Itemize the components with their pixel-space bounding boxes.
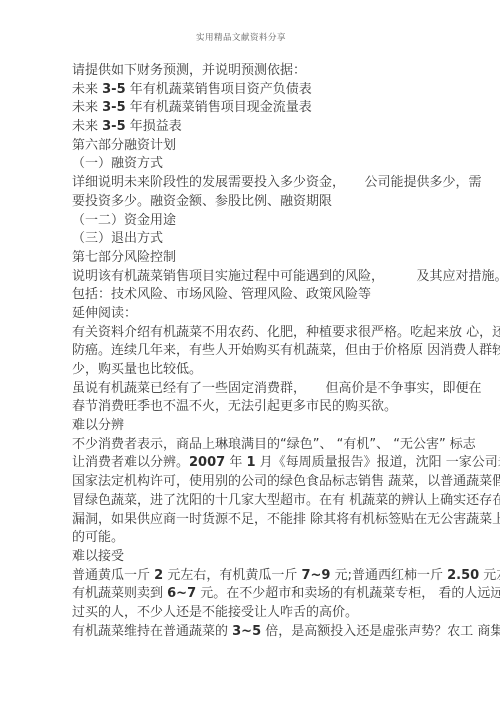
text-line: 的可能。 bbox=[72, 529, 464, 548]
text-line: 说明该有机蔬菜销售项目实施过程中可能遇到的风险， 及其应对措施。 bbox=[72, 268, 464, 287]
text-line: 不少消费者表示，商品上琳琅满目的“绿色”、 “有机”、 “无公害” 标志 bbox=[72, 436, 464, 455]
text-line: 难以接受 bbox=[72, 548, 464, 567]
document-body: 请提供如下财务预测，并说明预测依据：未来 3-5 年有机蔬菜销售项目资产负债表未… bbox=[72, 62, 464, 641]
text-line: （一）融资方式 bbox=[72, 155, 464, 174]
text-line: 第六部分融资计划 bbox=[72, 137, 464, 156]
text-line: 防癌。连续几年来，有些人开始购买有机蔬菜，但由于价格原 因消费人群较 bbox=[72, 342, 464, 361]
text-line: 详细说明未来阶段性的发展需要投入多少资金， 公司能提供多少，需 bbox=[72, 174, 464, 193]
text-line: 未来 3-5 年有机蔬菜销售项目资产负债表 bbox=[72, 81, 464, 100]
text-line: 要投资多少。融资金额、参股比例、融资期限 bbox=[72, 193, 464, 212]
text-line: 春节消费旺季也不温不火，无法引起更多市民的购买欲。 bbox=[72, 398, 464, 417]
text-line: 冒绿色蔬菜，进了沈阳的十几家大型超市。在有 机蔬菜的辨认上确实还存在 bbox=[72, 492, 464, 511]
text-line: 有机蔬菜维持在普通蔬菜的 3~5 倍，是高额投入还是虚张声势？农工 商集团 bbox=[72, 623, 464, 642]
text-line: （一二）资金用途 bbox=[72, 212, 464, 231]
text-line: 延伸阅读： bbox=[72, 305, 464, 324]
text-line: 国家法定机构许可，使用别的公司的绿色食品标志销售 蔬菜，以普通蔬菜假 bbox=[72, 473, 464, 492]
text-line: 漏洞，如果供应商一时货源不足，不能排 除其将有机标签贴在无公害蔬菜上 bbox=[72, 511, 464, 530]
text-line: 未来 3-5 年损益表 bbox=[72, 118, 464, 137]
text-line: 有机蔬菜则卖到 6~7 元。在不少超市和卖场的有机蔬菜专柜， 看的人远远多 bbox=[72, 585, 464, 604]
text-line: 难以分辨 bbox=[72, 417, 464, 436]
text-line: 过买的人，不少人还是不能接受让人咋舌的高价。 bbox=[72, 604, 464, 623]
page-header-text: 实用精品文献资料分享 bbox=[0, 31, 482, 43]
text-line: （三）退出方式 bbox=[72, 230, 464, 249]
text-line: 少，购买量也比较低。 bbox=[72, 361, 464, 380]
text-line: 让消费者难以分辨。2007 年 1 月《每周质量报告》报道，沈阳 一家公司未经 bbox=[72, 454, 464, 473]
document-page: 实用精品文献资料分享 请提供如下财务预测，并说明预测依据：未来 3-5 年有机蔬… bbox=[0, 0, 500, 708]
text-line: 未来 3-5 年有机蔬菜销售项目现金流量表 bbox=[72, 99, 464, 118]
text-line: 普通黄瓜一斤 2 元左右，有机黄瓜一斤 7~9 元;普通西红柿一斤 2.50 元… bbox=[72, 567, 464, 586]
text-line: 虽说有机蔬菜已经有了一些固定消费群， 但高价是不争事实，即便在 bbox=[72, 380, 464, 399]
text-line: 包括：技术风险、市场风险、管理风险、政策风险等 bbox=[72, 286, 464, 305]
text-line: 请提供如下财务预测，并说明预测依据： bbox=[72, 62, 464, 81]
text-line: 有关资料介绍有机蔬菜不用农药、化肥，种植要求很严格。吃起来放 心，还 bbox=[72, 324, 464, 343]
text-line: 第七部分风险控制 bbox=[72, 249, 464, 268]
